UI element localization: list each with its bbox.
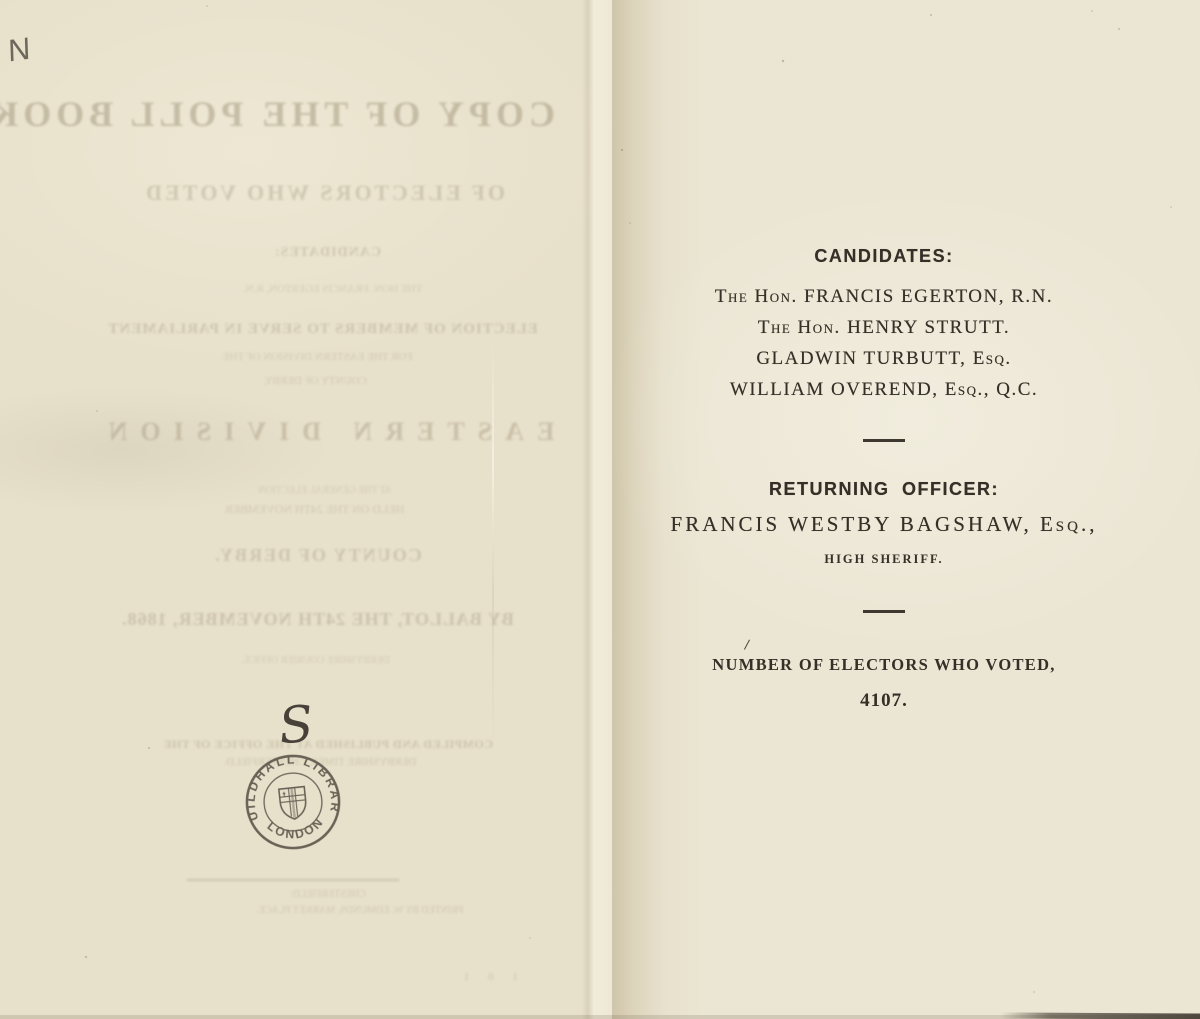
bleedthrough-line: COPY OF THE POLL BOOK <box>70 96 555 134</box>
section-divider <box>863 439 905 442</box>
candidates-heading: CANDIDATES: <box>634 247 1134 265</box>
bleedthrough-line: AT THE GENERAL ELECTION <box>245 486 405 497</box>
left-page: N COPY OF THE POLL BOOK OF ELECTORS WHO … <box>0 0 612 1019</box>
candidate-line: WILLIAM OVEREND, Esq., Q.C. <box>634 380 1134 399</box>
candidate-suffix: Esq., Q.C. <box>945 379 1038 400</box>
electors-count-value: 4107. <box>634 691 1134 710</box>
section-divider <box>863 610 905 613</box>
officer-suffix: Esq., <box>1040 512 1098 536</box>
right-page-text-column: CANDIDATES: The Hon. FRANCIS EGERTON, R.… <box>634 0 1134 1019</box>
bleedthrough-line: BY BALLOT, THE 24TH NOVEMBER, 1868. <box>80 610 555 629</box>
officer-name: FRANCIS WESTBY BAGSHAW, <box>671 512 1032 536</box>
returning-officer-heading: RETURNING OFFICER: <box>634 480 1134 498</box>
candidate-name: HENRY STRUTT. <box>847 317 1010 338</box>
candidate-name: GLADWIN TURBUTT, <box>756 348 966 369</box>
bleedthrough-line: COUNTY OF DERBY, <box>240 376 390 388</box>
bleedthrough-line: CANDIDATES: <box>265 246 390 261</box>
bleedthrough-line: ELECTION OF MEMBERS TO SERVE IN PARLIAME… <box>85 322 560 338</box>
bleedthrough-line: FOR THE EASTERN DIVISION OF THE <box>185 352 450 364</box>
bleedthrough-rule <box>187 879 399 885</box>
candidate-suffix: Esq. <box>973 348 1012 369</box>
returning-officer-name: FRANCIS WESTBY BAGSHAW, Esq., <box>634 514 1134 535</box>
bleedthrough-line: COUNTY OF DERBY. <box>195 546 440 565</box>
bleedthrough-line: EASTERN DIVISION <box>90 418 560 445</box>
candidate-name: FRANCIS EGERTON, R.N. <box>804 286 1053 307</box>
electors-count-label: NUMBER OF ELECTORS WHO VOTED, <box>634 657 1134 674</box>
pencil-mark: N <box>8 32 31 66</box>
page-crease <box>492 340 494 760</box>
bleedthrough-line: HELD ON THE 24TH NOVEMBER <box>172 503 457 516</box>
library-stamp: GUILDHALL LIBRARY · LONDON · <box>239 748 347 856</box>
high-sheriff-label: HIGH SHERIFF. <box>634 553 1134 566</box>
bleedthrough-line: CHESTERFIELD: <box>268 890 388 901</box>
bleedthrough-line: THE HON. FRANCIS EGERTON, R.N. <box>225 284 440 296</box>
book-scan: N COPY OF THE POLL BOOK OF ELECTORS WHO … <box>0 0 1200 1019</box>
bleedthrough-line: PRINTED BY W. EDMUNDS, MARKET PLACE. <box>195 906 525 917</box>
bleedthrough-line: OF ELECTORS WHO VOTED <box>160 181 505 204</box>
candidate-prefix: The Hon. <box>758 317 841 338</box>
candidate-line: The Hon. FRANCIS EGERTON, R.N. <box>634 287 1134 306</box>
bleedthrough-line: 1 0 1 <box>452 972 522 984</box>
candidate-line: The Hon. HENRY STRUTT. <box>634 318 1134 337</box>
bleedthrough-line: DERBYSHIRE COURIER OFFICE. <box>228 656 403 667</box>
handwritten-shelfmark: S <box>277 699 315 752</box>
scan-edge-shadow <box>1000 1012 1200 1019</box>
city-of-london-shield-icon <box>279 787 308 821</box>
candidate-line: GLADWIN TURBUTT, Esq. <box>634 349 1134 368</box>
candidate-prefix: The Hon. <box>715 286 798 307</box>
candidate-name: WILLIAM OVEREND, <box>730 379 939 400</box>
